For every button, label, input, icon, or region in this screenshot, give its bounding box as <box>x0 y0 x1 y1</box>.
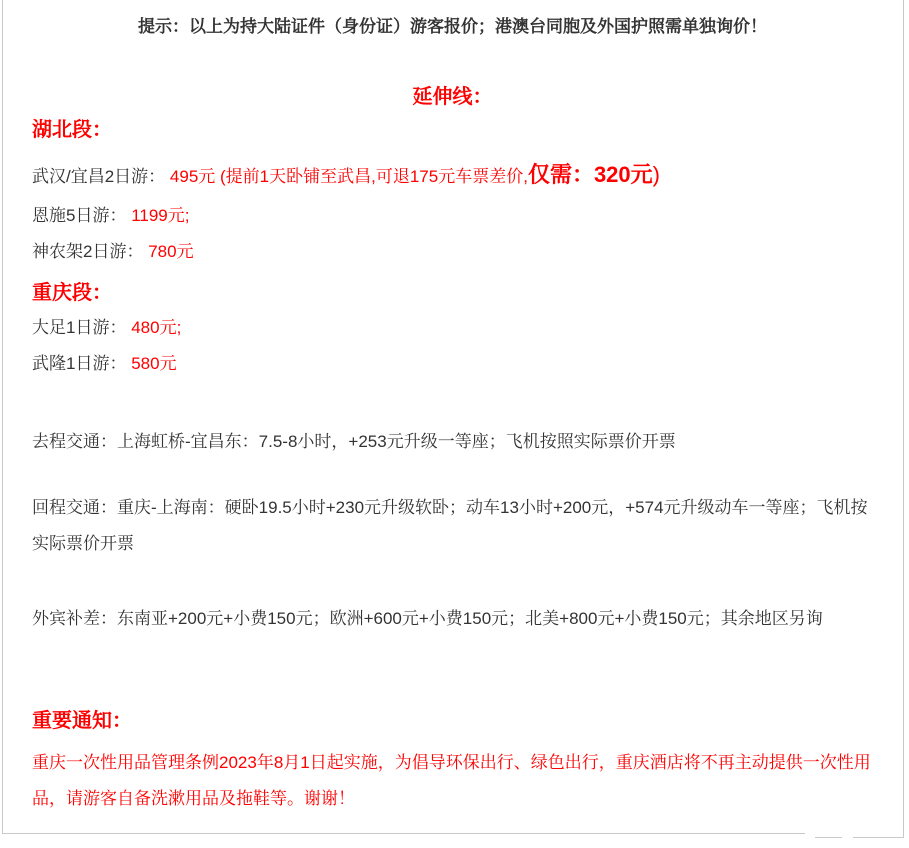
extension-line-title: 延伸线： <box>2 84 903 110</box>
foreign-guest-surcharge-paragraph: 外宾补差：东南亚+200元+小费150元；欧洲+600元+小费150元；北美+8… <box>32 601 877 637</box>
tour-price: 580元 <box>131 354 176 373</box>
tour-item-wulong: 武隆1日游： 580元 <box>32 352 877 376</box>
outbound-transport-paragraph: 去程交通：上海虹桥-宜昌东：7.5-8小时，+253元升级一等座；飞机按照实际票… <box>32 424 877 460</box>
tour-price: 1199元; <box>131 206 189 225</box>
top-notice: 提示：以上为持大陆证件（身份证）游客报价；港澳台同胞及外国护照需单独询价！ <box>2 15 903 39</box>
tour-price: 480元; <box>131 318 181 337</box>
price-close-paren: ) <box>653 162 660 187</box>
tour-item-wuhan-yichang: 武汉/宜昌2日游： 495元 (提前1天卧铺至武昌,可退175元车票差价,仅需：… <box>32 160 877 192</box>
tour-item-shennongjia: 神农架2日游： 780元 <box>32 240 877 264</box>
hubei-section-heading: 湖北段： <box>32 117 877 143</box>
tour-label: 武隆1日游： <box>32 354 126 373</box>
tour-label: 大足1日游： <box>32 318 126 337</box>
tour-item-dazu: 大足1日游： 480元; <box>32 316 877 340</box>
tour-price: 780元 <box>148 242 193 261</box>
tour-price: 495元 (提前1天卧铺至武昌,可退175元车票差价, <box>170 167 528 186</box>
important-notice-heading: 重要通知： <box>32 708 877 734</box>
important-notice-body: 重庆一次性用品管理条例2023年8月1日起实施，为倡导环保出行、绿色出行，重庆酒… <box>32 745 877 817</box>
tour-label: 武汉/宜昌2日游： <box>32 167 165 186</box>
content-frame-bottom-segment <box>815 837 842 838</box>
tour-item-enshi: 恩施5日游： 1199元; <box>32 204 877 228</box>
price-highlight: 仅需：320元 <box>528 162 653 187</box>
tour-label: 恩施5日游： <box>32 206 126 225</box>
content-frame-bottom-border <box>2 833 805 834</box>
return-transport-paragraph: 回程交通：重庆-上海南：硬卧19.5小时+230元升级软卧；动车13小时+200… <box>32 490 877 562</box>
content-frame-right-border <box>903 0 904 838</box>
content-frame-left-border <box>2 0 3 833</box>
chongqing-section-heading: 重庆段： <box>32 280 877 306</box>
content-frame-bottom-segment <box>853 837 903 838</box>
tour-label: 神农架2日游： <box>32 242 143 261</box>
